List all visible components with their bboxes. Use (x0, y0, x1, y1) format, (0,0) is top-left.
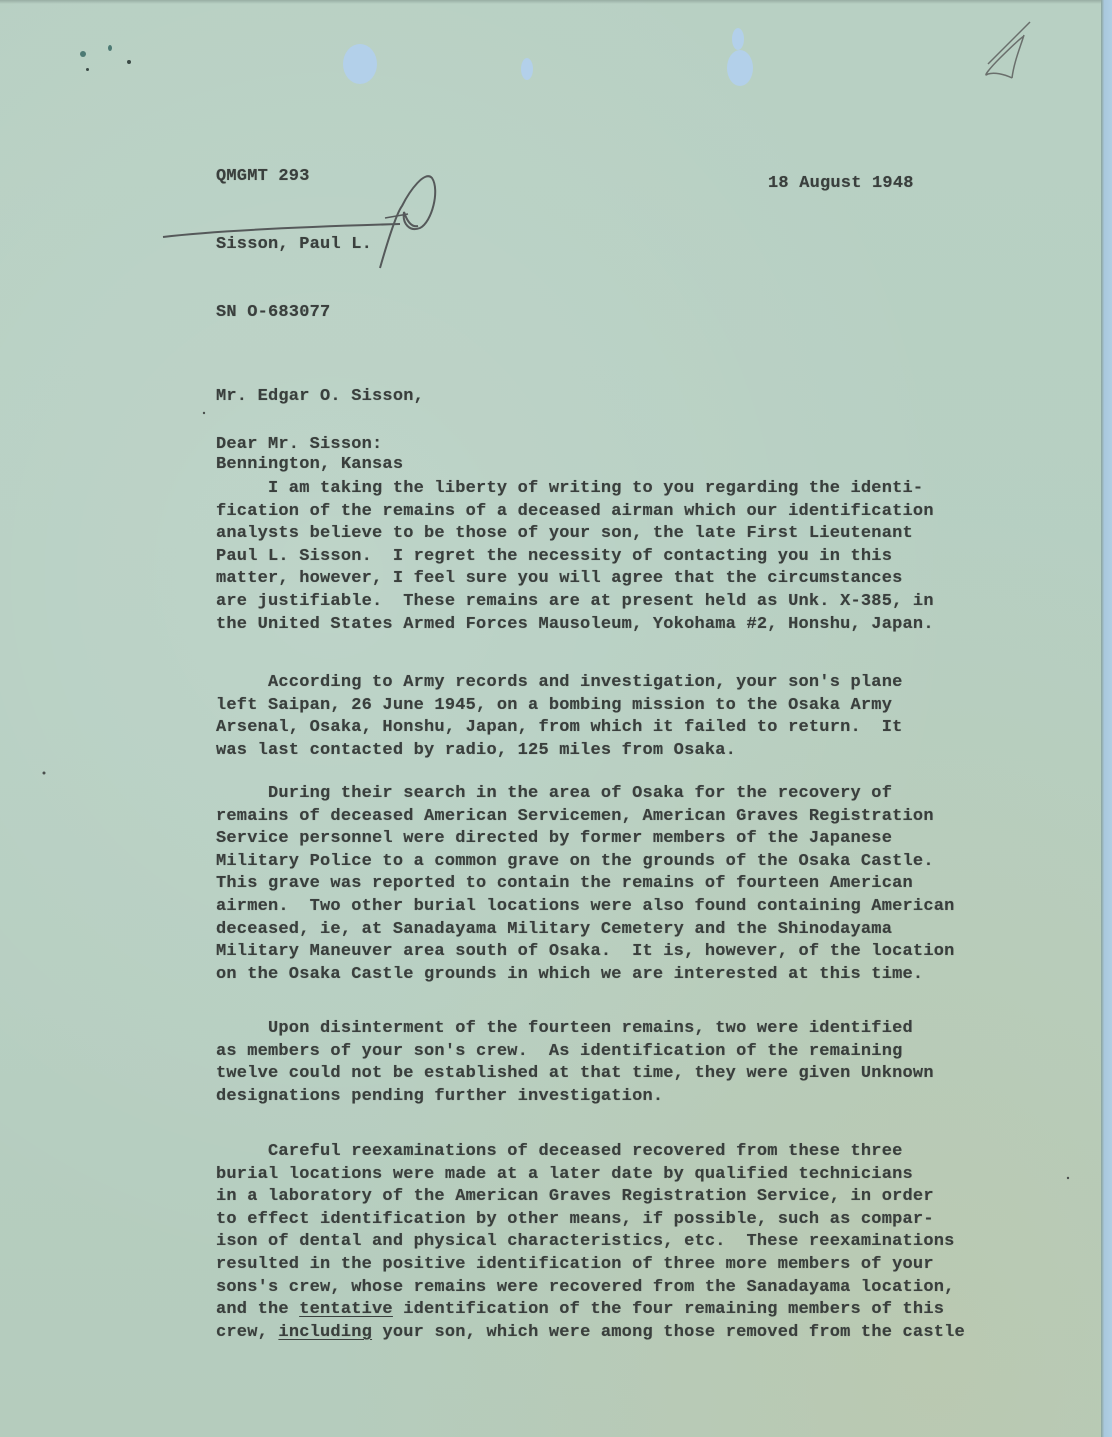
text-line: crew, including your son, which were amo… (216, 1322, 965, 1345)
addressee-name: Mr. Edgar O. Sisson, (216, 386, 424, 409)
text-line: ison of dental and physical characterist… (216, 1231, 965, 1254)
letter-date: 18 August 1948 (768, 173, 914, 196)
paragraph-4: Upon disinterment of the fourteen remain… (216, 1018, 934, 1108)
text-line: resulted in the positive identification … (216, 1254, 965, 1277)
text-line: Careful reexaminations of deceased recov… (216, 1141, 965, 1164)
text-line: I am taking the liberty of writing to yo… (216, 478, 934, 501)
text-line: Upon disinterment of the fourteen remain… (216, 1018, 934, 1041)
text-line: Military Police to a common grave on the… (216, 851, 955, 874)
text-line: Service personnel were directed by forme… (216, 828, 955, 851)
paragraph-2: According to Army records and investigat… (216, 672, 903, 762)
text-line: fication of the remains of a deceased ai… (216, 501, 934, 524)
text-line: twelve could not be established at that … (216, 1063, 934, 1086)
text-line: analysts believe to be those of your son… (216, 523, 934, 546)
text-line: on the Osaka Castle grounds in which we … (216, 964, 955, 987)
addressee-location: Bennington, Kansas (216, 454, 424, 477)
text-line: sons's crew, whose remains were recovere… (216, 1277, 965, 1300)
reference-block: QMGMT 293 Sisson, Paul L. SN O-683077 (216, 121, 372, 370)
text-line: deceased, ie, at Sanadayama Military Cem… (216, 919, 955, 942)
text-line: According to Army records and investigat… (216, 672, 903, 695)
paragraph-1: I am taking the liberty of writing to yo… (216, 478, 934, 636)
text-line: Arsenal, Osaka, Honshu, Japan, from whic… (216, 717, 903, 740)
salutation: Dear Mr. Sisson: (216, 434, 382, 457)
text-line: During their search in the area of Osaka… (216, 783, 955, 806)
subject-name: Sisson, Paul L. (216, 234, 372, 257)
text-line: matter, however, I feel sure you will ag… (216, 568, 934, 591)
text-line: burial locations were made at a later da… (216, 1164, 965, 1187)
text-line: the United States Armed Forces Mausoleum… (216, 614, 934, 637)
text-line: airmen. Two other burial locations were … (216, 896, 955, 919)
letter-page: QMGMT 293 Sisson, Paul L. SN O-683077 18… (0, 0, 1101, 1437)
scan-edge (1101, 0, 1112, 1437)
text-line: designations pending further investigati… (216, 1086, 934, 1109)
text-line: Military Maneuver area south of Osaka. I… (216, 941, 955, 964)
text-line: Paul L. Sisson. I regret the necessity o… (216, 546, 934, 569)
text-line: are justifiable. These remains are at pr… (216, 591, 934, 614)
text-line: remains of deceased American Servicemen,… (216, 806, 955, 829)
serial-number: SN O-683077 (216, 302, 372, 325)
text-line: left Saipan, 26 June 1945, on a bombing … (216, 695, 903, 718)
text-line: was last contacted by radio, 125 miles f… (216, 740, 903, 763)
text-line: and the tentative identification of the … (216, 1299, 965, 1322)
file-code: QMGMT 293 (216, 166, 372, 189)
text-line: This grave was reported to contain the r… (216, 873, 955, 896)
text-line: as members of your son's crew. As identi… (216, 1041, 934, 1064)
marginal-mark (986, 22, 1030, 78)
text-line: in a laboratory of the American Graves R… (216, 1186, 965, 1209)
text-line: to effect identification by other means,… (216, 1209, 965, 1232)
paragraph-5: Careful reexaminations of deceased recov… (216, 1141, 965, 1344)
paragraph-3: During their search in the area of Osaka… (216, 783, 955, 986)
